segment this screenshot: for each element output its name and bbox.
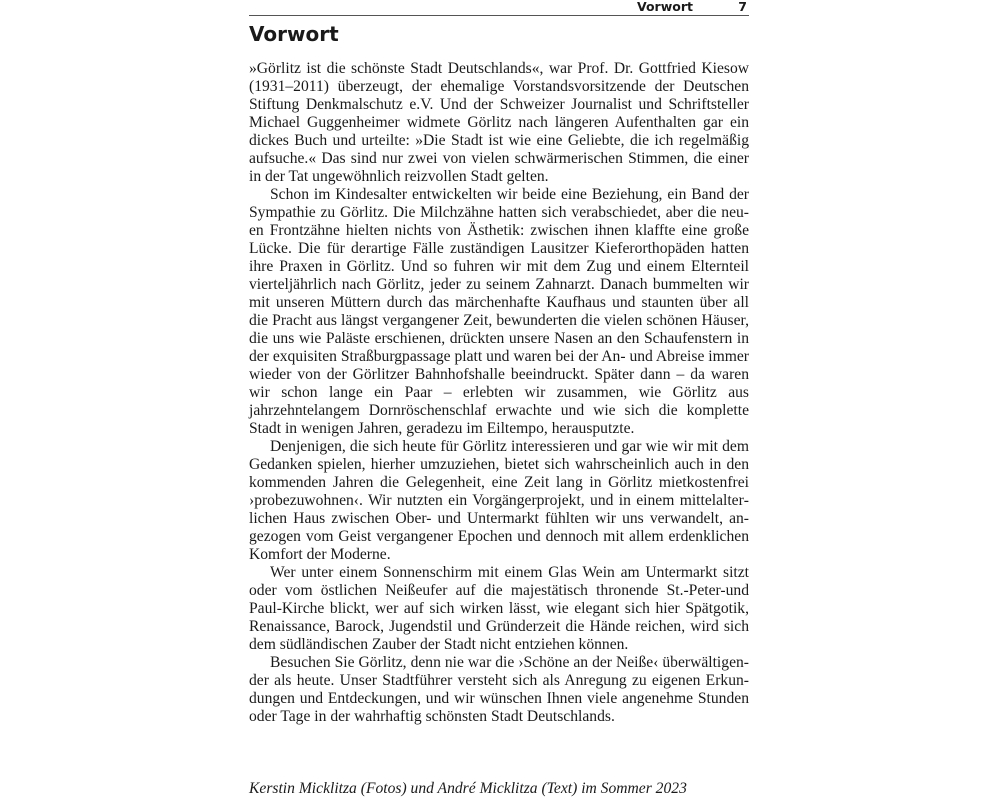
paragraph-probewohnen: Denjenigen, die sich heute für Görlitz i… — [249, 438, 749, 564]
book-page: Vorwort 7 Vorwort »Görlitz ist die schön… — [249, 0, 749, 800]
body-text: »Görlitz ist die schönste Stadt Deutschl… — [249, 60, 749, 726]
paragraph-intro: »Görlitz ist die schönste Stadt Deutschl… — [249, 60, 749, 186]
running-head: Vorwort 7 — [249, 0, 749, 16]
paragraph-childhood: Schon im Kindesalter entwickelten wir be… — [249, 186, 749, 438]
author-signature: Kerstin Micklitza (Fotos) und André Mick… — [249, 780, 687, 798]
running-head-title: Vorwort — [637, 0, 693, 14]
chapter-title: Vorwort — [249, 21, 339, 47]
paragraph-untermarkt: Wer unter einem Sonnenschirm mit einem G… — [249, 564, 749, 654]
page-number: 7 — [738, 0, 747, 14]
paragraph-invitation: Besuchen Sie Görlitz, denn nie war die ›… — [249, 654, 749, 726]
